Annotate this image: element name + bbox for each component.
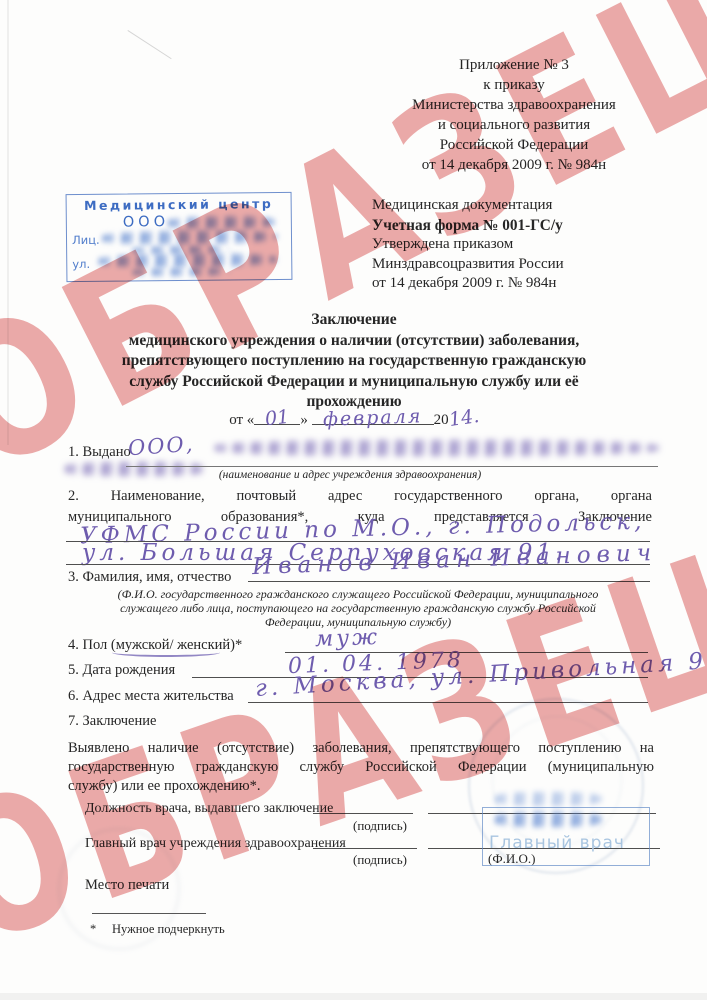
- title-line: службу Российской Федерации и муниципаль…: [54, 372, 654, 393]
- signature-row2-caption: (подпись): [335, 852, 425, 868]
- form-registration-block: Медицинская документация Учетная форма №…: [372, 196, 632, 294]
- field1-label: 1. Выдано: [68, 444, 131, 461]
- appendix-line: Российской Федерации: [398, 135, 630, 155]
- doctor-stamp-position: Главный врач: [489, 833, 625, 853]
- field1-caption: (наименование и адрес учреждения здравоо…: [150, 469, 550, 481]
- form-approved-line: Минздравсоцразвития России: [372, 255, 632, 275]
- issue-date-line: от «01» февраля2014.: [54, 407, 654, 429]
- signature-row1-label: Должность врача, выдавшего заключение: [85, 801, 333, 817]
- doctor-stamp-blur-above: [492, 792, 602, 806]
- place-of-seal-label: Место печати: [85, 877, 169, 894]
- clinic-stamp-blurred-name: [165, 216, 277, 229]
- scanned-medical-form-001-gs-u: Приложение № 3 к приказу Министерства зд…: [0, 0, 707, 1000]
- clinic-stamp-blurred-line: [129, 267, 229, 276]
- clinic-stamp-blurred-license: [99, 230, 277, 245]
- field3-rule: [248, 581, 650, 582]
- form-doc-label: Медицинская документация: [372, 196, 632, 216]
- field4-value-handwritten: муж: [315, 625, 381, 652]
- clinic-stamp-blurred-address: [95, 253, 277, 268]
- clinic-stamp-street-label: ул.: [72, 257, 90, 271]
- appendix-line: к приказу: [398, 75, 630, 95]
- field6-label: 6. Адрес места жительства: [68, 688, 234, 705]
- field2-line: 2. Наименование, почтовый адрес государс…: [68, 486, 652, 507]
- field4-male-underline-pen: [112, 650, 220, 657]
- clinic-stamp-title: Медицинский центр: [67, 196, 291, 213]
- appendix-line: от 14 декабря 2009 г. № 984н: [398, 155, 630, 175]
- clinic-stamp: Медицинский центр ООО Лиц. ул.: [66, 192, 293, 282]
- signature-row2-label: Главный врач учреждения здравоохранения: [85, 836, 346, 852]
- date-prefix: от «: [229, 412, 254, 428]
- field6-rule: [248, 702, 648, 703]
- scan-scratch: [127, 30, 171, 59]
- field1-blurred-handwriting: [212, 440, 660, 456]
- field3-caption-line: (Ф.И.О. государственного гражданского сл…: [70, 587, 646, 601]
- field3-caption: (Ф.И.О. государственного гражданского сл…: [70, 587, 646, 629]
- title-line: препятствующего поступлению на государст…: [54, 351, 654, 372]
- scan-edge-left: [7, 0, 9, 445]
- field1-value-handwritten: ООО,: [127, 432, 195, 461]
- clinic-stamp-license-label: Лиц.: [72, 233, 100, 247]
- appendix-line: Приложение № 3: [398, 55, 630, 75]
- field3-label: 3. Фамилия, имя, отчество: [68, 569, 231, 586]
- scan-edge-bottom: [0, 993, 707, 1000]
- date-century: 20: [434, 412, 449, 428]
- form-approved-line: Утверждена приказом: [372, 235, 632, 255]
- appendix-line: Министерства здравоохранения: [398, 95, 630, 115]
- title-line: медицинского учреждения о наличии (отсут…: [54, 331, 654, 352]
- signature-row1-caption: (подпись): [335, 818, 425, 834]
- signature-row1-line: [313, 813, 413, 814]
- footnote-mark: *: [90, 922, 96, 937]
- appendix-line: и социального развития: [398, 115, 630, 135]
- field5-label: 5. Дата рождения: [68, 662, 175, 679]
- signature-row2-line: [313, 848, 417, 849]
- footnote-text: Нужное подчеркнуть: [112, 922, 225, 937]
- title-line: Заключение: [54, 310, 654, 331]
- date-month-handwritten: февраля: [323, 405, 423, 430]
- field3-caption-line: служащего либо лица, поступающего на гос…: [70, 601, 646, 615]
- date-day-handwritten: 01: [264, 406, 290, 430]
- date-year-handwritten: 14.: [447, 405, 480, 431]
- form-number: Учетная форма № 001-ГС/у: [372, 216, 632, 236]
- appendix-header-block: Приложение № 3 к приказу Министерства зд…: [398, 55, 630, 175]
- footnote-rule: [92, 913, 206, 914]
- doctor-stamp-blurred-name: [492, 812, 604, 827]
- document-title: Заключение медицинского учреждения о нал…: [54, 310, 654, 413]
- field7-label: 7. Заключение: [68, 713, 156, 730]
- form-approved-line: от 14 декабря 2009 г. № 984н: [372, 274, 632, 294]
- clinic-stamp-org-type: ООО: [123, 214, 169, 230]
- field1-rule: [126, 466, 658, 467]
- date-quote: »: [300, 412, 308, 428]
